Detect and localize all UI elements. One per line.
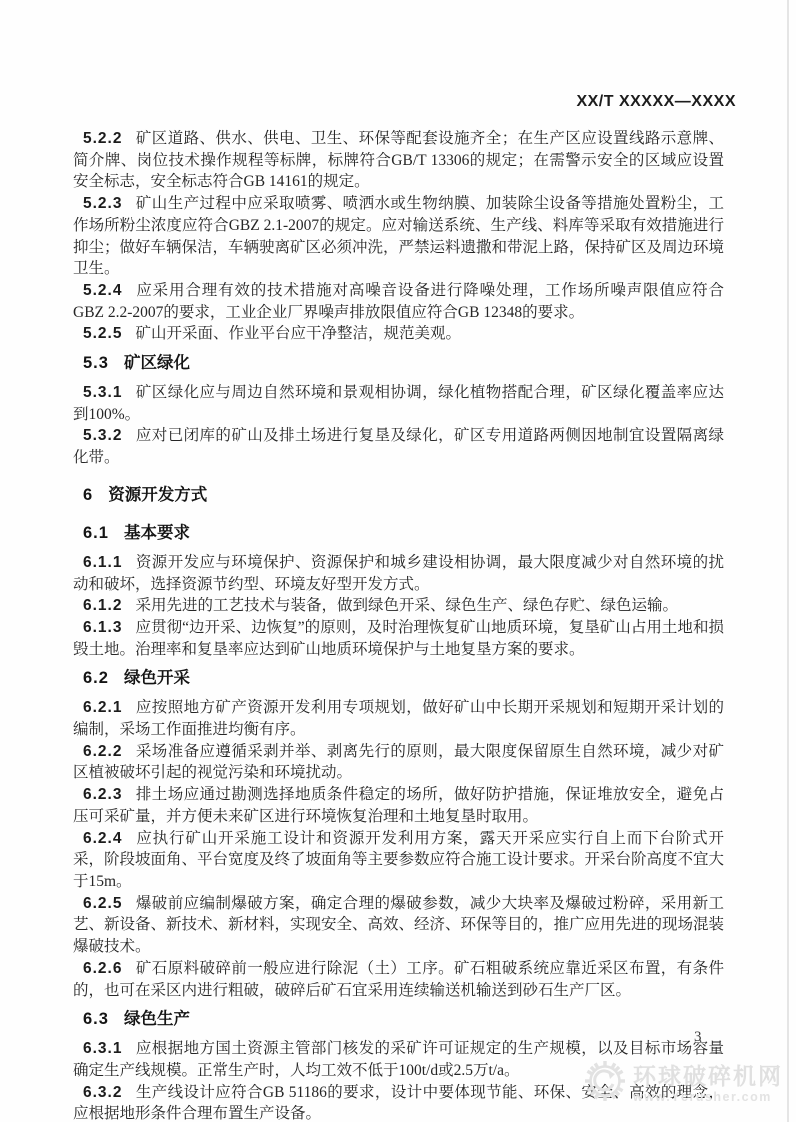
scanned-document-page: XX/T XXXXX—XXXX 5.2.2矿区道路、供水、供电、卫生、环保等配套… — [0, 0, 796, 1122]
clause-number: 6.1.2 — [73, 597, 122, 614]
clause-text: 矿山生产过程中应采取喷雾、喷洒水或生物纳膜、加装除尘设备等措施处置粉尘，工作场所… — [73, 195, 724, 277]
clause-text: 采用先进的工艺技术与装备，做到绿色开采、绿色生产、绿色存贮、绿色运输。 — [135, 597, 678, 614]
clause-text: 矿山开采面、作业平台应干净整洁，规范美观。 — [135, 325, 461, 342]
clause-number: 5.3.2 — [73, 427, 122, 444]
document-body: 5.2.2矿区道路、供水、供电、卫生、环保等配套设施齐全；在生产区应设置线路示意… — [73, 128, 724, 1122]
clause-6.2.1: 6.2.1应按照地方矿产资源开发利用专项规划，做好矿山中长期开采规划和短期开采计… — [73, 697, 724, 740]
section-heading-6.2: 6.2绿色开采 — [73, 667, 724, 690]
section-title: 绿色生产 — [124, 1010, 190, 1028]
clause-text: 应贯彻“边开采、边恢复”的原则，及时治理恢复矿山地质环境，复垦矿山占用土地和损毁… — [73, 619, 724, 658]
clause-number: 6.2.1 — [73, 699, 122, 716]
clause-5.2.3: 5.2.3矿山生产过程中应采取喷雾、喷洒水或生物纳膜、加装除尘设备等措施处置粉尘… — [73, 193, 724, 280]
clause-5.2.4: 5.2.4应采用合理有效的技术措施对高噪音设备进行降噪处理，工作场所噪声限值应符… — [73, 280, 724, 323]
gear-arrow-logo-icon — [582, 1058, 628, 1109]
clause-number: 6.3.2 — [73, 1084, 122, 1101]
clause-text: 资源开发应与环境保护、资源保护和城乡建设相协调，最大限度减少对自然环境的扰动和破… — [73, 554, 724, 593]
section-title: 基本要求 — [124, 524, 190, 542]
watermark-site-name: 环球破碎机网 — [633, 1063, 783, 1089]
clause-text: 爆破前应编制爆破方案，确定合理的爆破参数，减少大块率及爆破过粉碎，采用新工艺、新… — [73, 895, 724, 955]
clause-text: 矿石原料破碎前一般应进行除泥（土）工序。矿石粗破系统应靠近采区布置，有条件的，也… — [73, 960, 724, 999]
clause-text: 应按照地方矿产资源开发利用专项规划，做好矿山中长期开采规划和短期开采计划的编制，… — [73, 699, 724, 738]
section-number: 5.3 — [73, 354, 109, 372]
clause-number: 6.2.5 — [73, 895, 122, 912]
clause-6.2.2: 6.2.2采场准备应遵循采剥并举、剥离先行的原则，最大限度保留原生自然环境，减少… — [73, 741, 724, 784]
clause-number: 5.2.5 — [73, 325, 122, 342]
clause-text: 应对已闭库的矿山及排土场进行复垦及绿化，矿区专用道路两侧因地制宜设置隔离绿化带。 — [73, 427, 724, 466]
section-number: 6.2 — [73, 669, 109, 687]
section-number: 6 — [73, 486, 93, 504]
clause-6.2.4: 6.2.4应执行矿山开采施工设计和资源开发利用方案，露天开采应实行自上而下台阶式… — [73, 828, 724, 893]
clause-6.2.5: 6.2.5爆破前应编制爆破方案，确定合理的爆破参数，减少大块率及爆破过粉碎，采用… — [73, 893, 724, 958]
clause-number: 6.3.1 — [73, 1040, 122, 1057]
watermark: 环球破碎机网 www.Ycrusher.com — [582, 1058, 783, 1109]
clause-number: 6.2.4 — [73, 830, 122, 847]
section-number: 6.3 — [73, 1010, 109, 1028]
section-heading-5.3: 5.3矿区绿化 — [73, 352, 724, 375]
clause-number: 6.1.1 — [73, 554, 122, 571]
clause-number: 5.2.4 — [73, 282, 122, 299]
clause-5.3.2: 5.3.2应对已闭库的矿山及排土场进行复垦及绿化，矿区专用道路两侧因地制宜设置隔… — [73, 425, 724, 468]
section-title: 资源开发方式 — [108, 486, 207, 504]
clause-text: 矿区绿化应与周边自然环境和景观相协调，绿化植物搭配合理，矿区绿化覆盖率应达到10… — [73, 384, 724, 423]
clause-number: 5.3.1 — [73, 384, 122, 401]
clause-number: 6.2.6 — [73, 960, 122, 977]
section-heading-6.1: 6.1基本要求 — [73, 522, 724, 545]
clause-text: 应执行矿山开采施工设计和资源开发利用方案，露天开采应实行自上而下台阶式开采，阶段… — [73, 830, 724, 890]
clause-5.2.5: 5.2.5矿山开采面、作业平台应干净整洁，规范美观。 — [73, 323, 724, 345]
watermark-site-url: www.Ycrusher.com — [633, 1090, 783, 1104]
clause-6.2.3: 6.2.3排土场应通过勘测选择地质条件稳定的场所，做好防护措施，保证堆放安全，避… — [73, 784, 724, 827]
clause-text: 排土场应通过勘测选择地质条件稳定的场所，做好防护措施，保证堆放安全，避免占压可采… — [73, 786, 724, 825]
clause-5.2.2: 5.2.2矿区道路、供水、供电、卫生、环保等配套设施齐全；在生产区应设置线路示意… — [73, 128, 724, 193]
watermark-text: 环球破碎机网 www.Ycrusher.com — [633, 1063, 783, 1104]
clause-6.1.2: 6.1.2采用先进的工艺技术与装备，做到绿色开采、绿色生产、绿色存贮、绿色运输。 — [73, 595, 724, 617]
clause-6.1.1: 6.1.1资源开发应与环境保护、资源保护和城乡建设相协调，最大限度减少对自然环境… — [73, 552, 724, 595]
section-title: 矿区绿化 — [124, 354, 190, 372]
clause-5.3.1: 5.3.1矿区绿化应与周边自然环境和景观相协调，绿化植物搭配合理，矿区绿化覆盖率… — [73, 382, 724, 425]
section-heading-6: 6资源开发方式 — [73, 484, 724, 507]
clause-text: 采场准备应遵循采剥并举、剥离先行的原则，最大限度保留原生自然环境，减少对矿区植被… — [73, 743, 724, 782]
clause-number: 6.2.2 — [73, 743, 122, 760]
document-reference-number: XX/T XXXXX—XXXX — [576, 93, 736, 111]
clause-text: 应采用合理有效的技术措施对高噪音设备进行降噪处理，工作场所噪声限值应符合GBZ … — [73, 282, 724, 321]
page-number: 3 — [694, 1029, 702, 1046]
clause-number: 6.1.3 — [73, 619, 122, 636]
scan-edge-line — [787, 0, 789, 1122]
clause-6.1.3: 6.1.3应贯彻“边开采、边恢复”的原则，及时治理恢复矿山地质环境，复垦矿山占用… — [73, 617, 724, 660]
section-heading-6.3: 6.3绿色生产 — [73, 1008, 724, 1031]
section-number: 6.1 — [73, 524, 109, 542]
section-title: 绿色开采 — [124, 669, 190, 687]
clause-6.2.6: 6.2.6矿石原料破碎前一般应进行除泥（土）工序。矿石粗破系统应靠近采区布置，有… — [73, 958, 724, 1001]
clause-number: 5.2.2 — [73, 130, 122, 147]
clause-text: 矿区道路、供水、供电、卫生、环保等配套设施齐全；在生产区应设置线路示意牌、简介牌… — [73, 130, 724, 190]
clause-number: 6.2.3 — [73, 786, 122, 803]
clause-number: 5.2.3 — [73, 195, 122, 212]
